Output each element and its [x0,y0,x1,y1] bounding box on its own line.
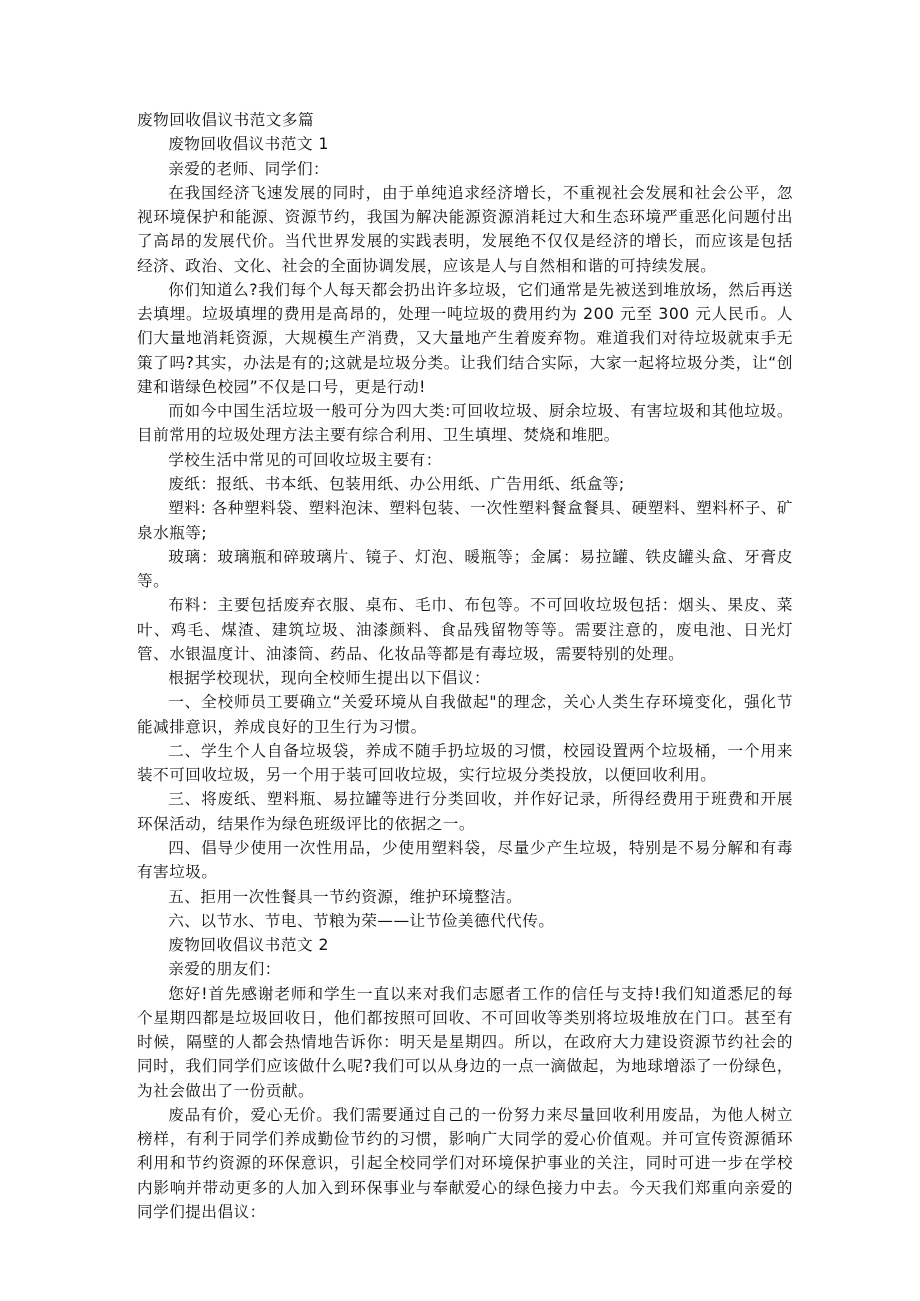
proposal-item: 六、以节水、节电、节粮为荣——让节俭美德代代传。 [137,909,793,933]
list-item: 废纸：报纸、书本纸、包装用纸、办公用纸、广告用纸、纸盒等; [137,472,793,496]
section-heading: 废物回收倡议书范文 2 [137,933,793,957]
proposal-item: 四、倡导少使用一次性用品，少使用塑料袋，尽量少产生垃圾，特别是不易分解和有毒有害… [137,836,793,885]
list-item: 塑料: 各种塑料袋、塑料泡沫、塑料包装、一次性塑料餐盒餐具、硬塑料、塑料杯子、矿… [137,496,793,545]
salutation: 亲爱的朋友们： [137,957,793,981]
section-heading: 废物回收倡议书范文 1 [137,132,793,156]
proposal-item: 二、学生个人自备垃圾袋，养成不随手扔垃圾的习惯，校园设置两个垃圾桶，一个用来装不… [137,739,793,788]
list-item: 布料：主要包括废弃衣服、桌布、毛巾、布包等。不可回收垃圾包括：烟头、果皮、菜叶、… [137,593,793,666]
paragraph: 您好!首先感谢老师和学生一直以来对我们志愿者工作的信任与支持!我们知道悉尼的每个… [137,982,793,1103]
list-item: 玻璃：玻璃瓶和碎玻璃片、镜子、灯泡、暖瓶等；金属：易拉罐、铁皮罐头盒、牙膏皮等。 [137,545,793,594]
proposal-item: 一、全校师员工要确立“关爱环境从自我做起"的理念，关心人类生存环境变化，强化节能… [137,690,793,739]
paragraph: 而如今中国生活垃圾一般可分为四大类:可回收垃圾、厨余垃圾、有害垃圾和其他垃圾。目… [137,399,793,448]
salutation: 亲爱的老师、同学们： [137,157,793,181]
paragraph: 在我国经济飞速发展的同时，由于单纯追求经济增长，不重视社会发展和社会公平，忽视环… [137,181,793,278]
proposal-item: 三、将废纸、塑料瓶、易拉罐等进行分类回收，并作好记录，所得经费用于班费和开展环保… [137,787,793,836]
paragraph: 学校生活中常见的可回收垃圾主要有： [137,448,793,472]
document-page: 废物回收倡议书范文多篇 废物回收倡议书范文 1 亲爱的老师、同学们： 在我国经济… [137,108,793,1224]
document-title: 废物回收倡议书范文多篇 [137,108,793,132]
paragraph: 你们知道么?我们每个人每天都会扔出许多垃圾，它们通常是先被送到堆放场，然后再送去… [137,278,793,399]
proposal-item: 五、拒用一次性餐具一节约资源，维护环境整洁。 [137,885,793,909]
paragraph: 根据学校现状，现向全校师生提出以下倡议： [137,666,793,690]
paragraph: 废品有价，爱心无价。我们需要通过自己的一份努力来尽量回收利用废品，为他人树立榜样… [137,1103,793,1224]
